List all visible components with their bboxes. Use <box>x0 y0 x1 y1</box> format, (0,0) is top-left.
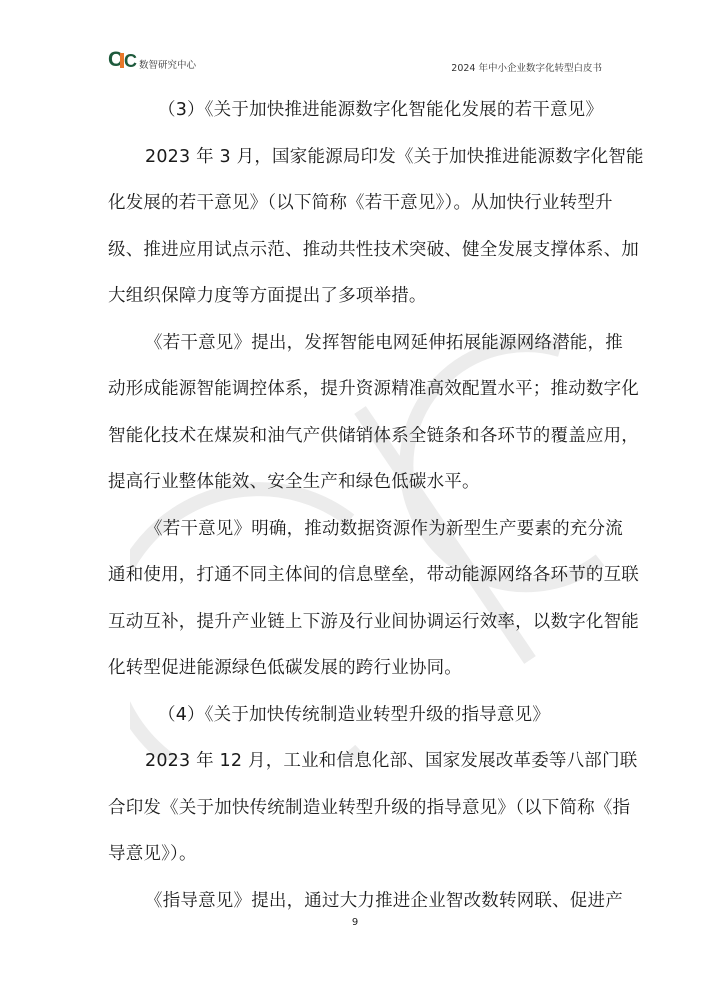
paragraph-line: 动形成能源智能调控体系，提升资源精准高效配置水平；推动数字化 <box>108 375 602 422</box>
paragraph-line: 提高行业整体能效、安全生产和绿色低碳水平。 <box>108 468 602 515</box>
section-heading-3: （3）《关于加快推进能源数字化智能化发展的若干意见》 <box>108 96 602 143</box>
document-title: 2024 年中小企业数字化转型白皮书 <box>451 60 602 74</box>
paragraph-line: 2023 年 3 月，国家能源局印发《关于加快推进能源数字化智能 <box>108 143 602 190</box>
paragraph-line: 导意见》）。 <box>108 840 602 887</box>
paragraph-line: 《若干意见》提出，发挥智能电网延伸拓展能源网络潜能，推 <box>108 329 602 376</box>
paragraph-line: 级、推进应用试点示范、推动共性技术突破、健全发展支撑体系、加 <box>108 236 602 283</box>
paragraph-line: 智能化技术在煤炭和油气产供储销体系全链条和各环节的覆盖应用， <box>108 422 602 469</box>
paragraph-line: 互动互补，提升产业链上下游及行业间协调运行效率，以数字化智能 <box>108 608 602 655</box>
org-name: 数智研究中心 <box>139 57 196 71</box>
document-body: （3）《关于加快推进能源数字化智能化发展的若干意见》 2023 年 3 月，国家… <box>108 96 602 933</box>
paragraph-line: 化发展的若干意见》（以下简称《若干意见》）。从加快行业转型升 <box>108 189 602 236</box>
page-header: C C 数智研究中心 2024 年中小企业数字化转型白皮书 <box>0 48 710 78</box>
page-number: 9 <box>0 917 710 928</box>
cic-logo-icon: C C <box>108 51 136 71</box>
section-heading-4: （4）《关于加快传统制造业转型升级的指导意见》 <box>108 701 602 748</box>
paragraph-line: 《若干意见》明确，推动数据资源作为新型生产要素的充分流 <box>108 515 602 562</box>
paragraph-line: 化转型促进能源绿色低碳发展的跨行业协同。 <box>108 654 602 701</box>
cic-logo: C C 数智研究中心 <box>108 51 196 71</box>
paragraph-line: 2023 年 12 月，工业和信息化部、国家发展改革委等八部门联 <box>108 747 602 794</box>
paragraph-line: 合印发《关于加快传统制造业转型升级的指导意见》（以下简称《指 <box>108 794 602 841</box>
paragraph-line: 通和使用，打通不同主体间的信息壁垒，带动能源网络各环节的互联 <box>108 561 602 608</box>
paragraph-line: 大组织保障力度等方面提出了多项举措。 <box>108 282 602 329</box>
